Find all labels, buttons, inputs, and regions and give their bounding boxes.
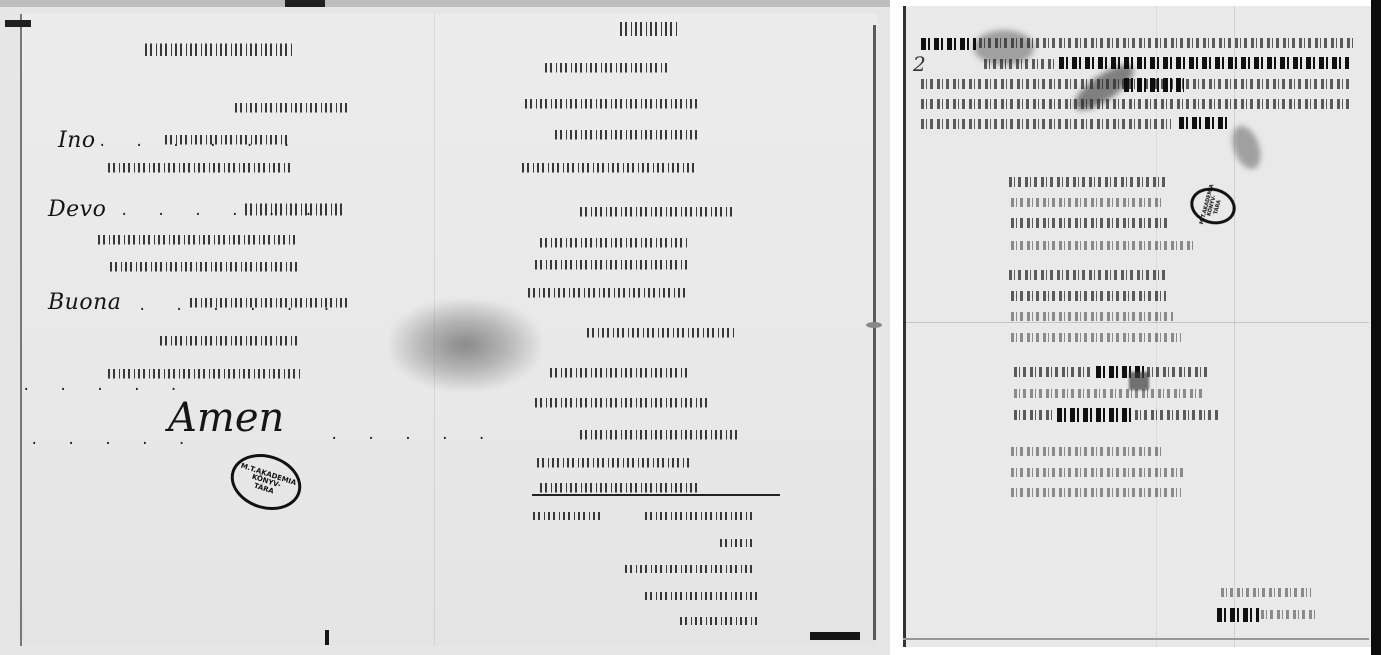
hebrew-footer-line bbox=[680, 615, 760, 626]
scan-edge-mark bbox=[810, 632, 860, 640]
hebrew-footer-line bbox=[625, 563, 755, 574]
stanza-line bbox=[1011, 218, 1171, 228]
hebrew-line bbox=[235, 100, 350, 114]
italian-word-ino: Ino bbox=[58, 128, 96, 153]
stanza-line bbox=[1011, 468, 1186, 477]
scan-edge bbox=[0, 0, 890, 7]
hebrew-line bbox=[190, 295, 350, 309]
hebrew-line bbox=[587, 325, 735, 339]
stanza-line bbox=[1135, 410, 1220, 420]
printed-line bbox=[1124, 78, 1184, 92]
hebrew-line bbox=[108, 160, 293, 174]
hebrew-line bbox=[545, 60, 670, 74]
stanza-line bbox=[1057, 408, 1132, 422]
hebrew-line bbox=[165, 132, 290, 146]
printed-line bbox=[921, 119, 1171, 129]
hebrew-line bbox=[580, 204, 735, 218]
hebrew-line bbox=[528, 285, 688, 299]
stanza-line bbox=[1014, 410, 1054, 420]
dot-leader: . . . . . bbox=[30, 432, 196, 448]
stanza-line bbox=[1147, 367, 1207, 377]
hebrew-line bbox=[535, 395, 710, 409]
hebrew-line bbox=[550, 365, 690, 379]
hebrew-heading bbox=[620, 18, 680, 38]
printed-line bbox=[1179, 117, 1229, 129]
stanza-line bbox=[1011, 198, 1161, 207]
scan-edge-mark bbox=[285, 0, 325, 7]
italian-word-devo: Devo bbox=[48, 197, 106, 222]
scan-edge-mark bbox=[5, 20, 31, 27]
stanza-line bbox=[1009, 177, 1169, 187]
hebrew-line bbox=[540, 480, 700, 494]
hebrew-footer-line bbox=[645, 590, 757, 601]
ink-stain bbox=[390, 300, 540, 390]
italian-word-buona: Buona bbox=[48, 290, 121, 315]
hebrew-footer-line bbox=[533, 510, 603, 521]
stanza-line bbox=[1011, 312, 1173, 321]
right-printed-scan: 2 M.T.AKADEMIA KÖNYV- TÁRA bbox=[899, 0, 1381, 655]
page-fold bbox=[903, 322, 1369, 323]
hebrew-line bbox=[522, 160, 697, 174]
signature-line bbox=[1261, 610, 1317, 619]
dot-leader: . . . . . bbox=[22, 378, 188, 394]
page-number: 2 bbox=[913, 52, 926, 76]
printed-line bbox=[921, 38, 976, 50]
hebrew-line bbox=[540, 235, 690, 249]
stanza-line bbox=[1014, 367, 1094, 377]
hebrew-line bbox=[537, 455, 692, 469]
stain bbox=[1129, 372, 1149, 390]
stanza-line bbox=[1009, 270, 1169, 280]
printed-line bbox=[1059, 57, 1349, 69]
scan-edge bbox=[1371, 0, 1381, 655]
section-divider bbox=[532, 494, 780, 496]
stanza-line bbox=[1014, 389, 1204, 398]
signature-line bbox=[1217, 608, 1259, 622]
stanza-line bbox=[1011, 488, 1181, 497]
stanza-line bbox=[1011, 241, 1196, 250]
hebrew-footer-line bbox=[720, 537, 755, 548]
page-bottom-edge bbox=[903, 638, 1369, 640]
hebrew-heading bbox=[145, 40, 295, 58]
hebrew-line bbox=[245, 200, 343, 217]
hebrew-line bbox=[525, 96, 700, 110]
printed-line bbox=[984, 59, 1054, 69]
hebrew-line bbox=[98, 232, 296, 246]
hebrew-line bbox=[110, 259, 300, 273]
stanza-line bbox=[1011, 333, 1181, 342]
scan-edge-mark bbox=[325, 630, 329, 645]
hebrew-line bbox=[535, 257, 690, 271]
stanza-line bbox=[1011, 291, 1166, 301]
stanza-line bbox=[1011, 447, 1161, 456]
left-manuscript-scan: Ino . . . . . . Devo . . . . . . Buona .… bbox=[0, 0, 890, 655]
printed-line bbox=[921, 99, 1353, 109]
dot-leader: . . . . . bbox=[330, 427, 496, 443]
printed-line bbox=[979, 38, 1354, 48]
binding-knot bbox=[866, 322, 882, 328]
page-margin-rule bbox=[873, 25, 876, 640]
signature-line bbox=[1221, 588, 1311, 597]
hebrew-line bbox=[580, 427, 740, 441]
hebrew-line bbox=[555, 127, 700, 141]
hebrew-line bbox=[160, 333, 300, 347]
hebrew-footer-line bbox=[645, 510, 755, 521]
